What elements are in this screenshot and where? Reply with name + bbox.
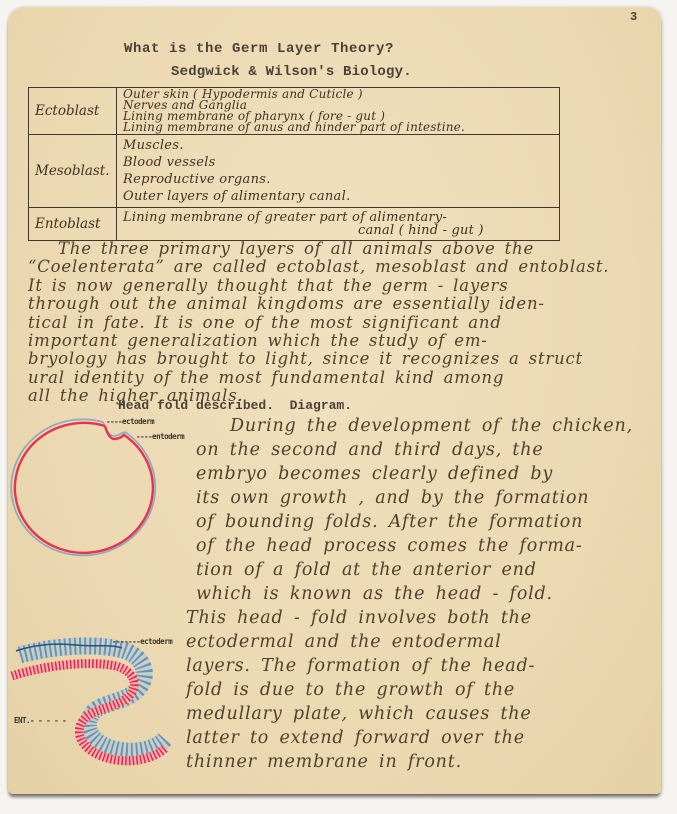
paragraph-line: thinner membrane in front.: [184, 750, 664, 774]
entoderm-outline: [15, 423, 153, 553]
paragraph-line: which is known as the head - fold.: [184, 582, 664, 606]
paragraph-line: medullary plate, which causes the: [184, 702, 664, 726]
term-cell: Ectoblast: [29, 88, 117, 135]
paragraph-line: important generalization which the study…: [28, 332, 576, 350]
headfold-ectoderm-label: -------ectoderm: [112, 637, 172, 646]
paragraph-line: latter to extend forward over the: [184, 726, 664, 750]
table-row-ectoblast: Ectoblast Outer skin ( Hypodermis and Cu…: [29, 88, 560, 135]
cell-line: Lining membrane of greater part of alime…: [123, 211, 555, 225]
paragraph-line: ectodermal and the entodermal: [184, 630, 664, 654]
paragraph-line: tion of a fold at the anterior end: [184, 558, 664, 582]
paragraph-line: on the second and third days, the: [184, 438, 664, 462]
cell-line: Muscles.: [123, 137, 555, 154]
paragraph-line: bryology has brought to light, since it …: [28, 350, 576, 368]
content-cell: Muscles. Blood vessels Reproductive orga…: [117, 135, 560, 208]
cell-line: Outer layers of alimentary canal.: [123, 188, 555, 205]
germ-layer-table: Ectoblast Outer skin ( Hypodermis and Cu…: [28, 87, 560, 241]
doc-subtitle: Sedgwick & Wilson's Biology.: [171, 64, 412, 80]
paragraph-line: embryo becomes clearly defined by: [184, 462, 664, 486]
paragraph-line: its own growth , and by the formation: [184, 486, 664, 510]
paragraph-line: of the head process comes the forma-: [184, 534, 664, 558]
cell-line: Reproductive organs.: [123, 171, 555, 188]
circle-ectoderm-label: ----ectoderm: [106, 417, 154, 426]
section-heading: Head fold described. Diagram.: [118, 398, 352, 413]
paragraph-line: “Coelenterata” are called ectoblast, mes…: [28, 258, 576, 276]
content-cell: Lining membrane of greater part of alime…: [117, 208, 560, 241]
paragraph-line: tical in fate. It is one of the most sig…: [28, 314, 576, 332]
paragraph-line: layers. The formation of the head-: [184, 654, 664, 678]
cell-line: Blood vessels: [123, 154, 555, 171]
headfold-section-diagram: [8, 631, 193, 789]
cell-line: canal ( hind - gut ): [123, 224, 555, 238]
scanned-notebook-sheet: { "page_number": "3", "header": { "title…: [0, 0, 677, 814]
paragraph-line: It is now generally thought that the ger…: [28, 277, 576, 295]
headfold-ent-label: ENT.- - - - -: [14, 716, 66, 725]
ectoderm-outline: [11, 419, 155, 555]
content-cell: Outer skin ( Hypodermis and Cuticle ) Ne…: [117, 88, 560, 135]
paragraph-line: through out the animal kingdoms are esse…: [28, 295, 576, 313]
term-cell: Mesoblast.: [29, 135, 117, 208]
paragraph-line: ural identity of the most fundamental ki…: [28, 369, 576, 387]
paragraph-line: of bounding folds. After the formation: [184, 510, 664, 534]
paragraph-line: This head - fold involves both the: [184, 606, 664, 630]
headfold-paragraph: During the development of the chicken, o…: [184, 414, 664, 774]
page-number: 3: [630, 10, 637, 24]
intro-paragraph: The three primary layers of all animals …: [28, 240, 576, 406]
cell-line: Lining membrane of anus and hinder part …: [123, 122, 555, 133]
paragraph-line: During the development of the chicken,: [184, 414, 664, 438]
table-row-mesoblast: Mesoblast. Muscles. Blood vessels Reprod…: [29, 135, 560, 208]
notebook-page: 3 What is the Germ Layer Theory? Sedgwic…: [8, 7, 661, 794]
table-row-entoblast: Entoblast Lining membrane of greater par…: [29, 208, 560, 241]
term-cell: Entoblast: [29, 208, 117, 241]
doc-title: What is the Germ Layer Theory?: [124, 41, 394, 57]
paragraph-line: The three primary layers of all animals …: [28, 240, 576, 258]
paragraph-line: fold is due to the growth of the: [184, 678, 664, 702]
circle-entoderm-label: ----entoderm: [136, 432, 184, 441]
